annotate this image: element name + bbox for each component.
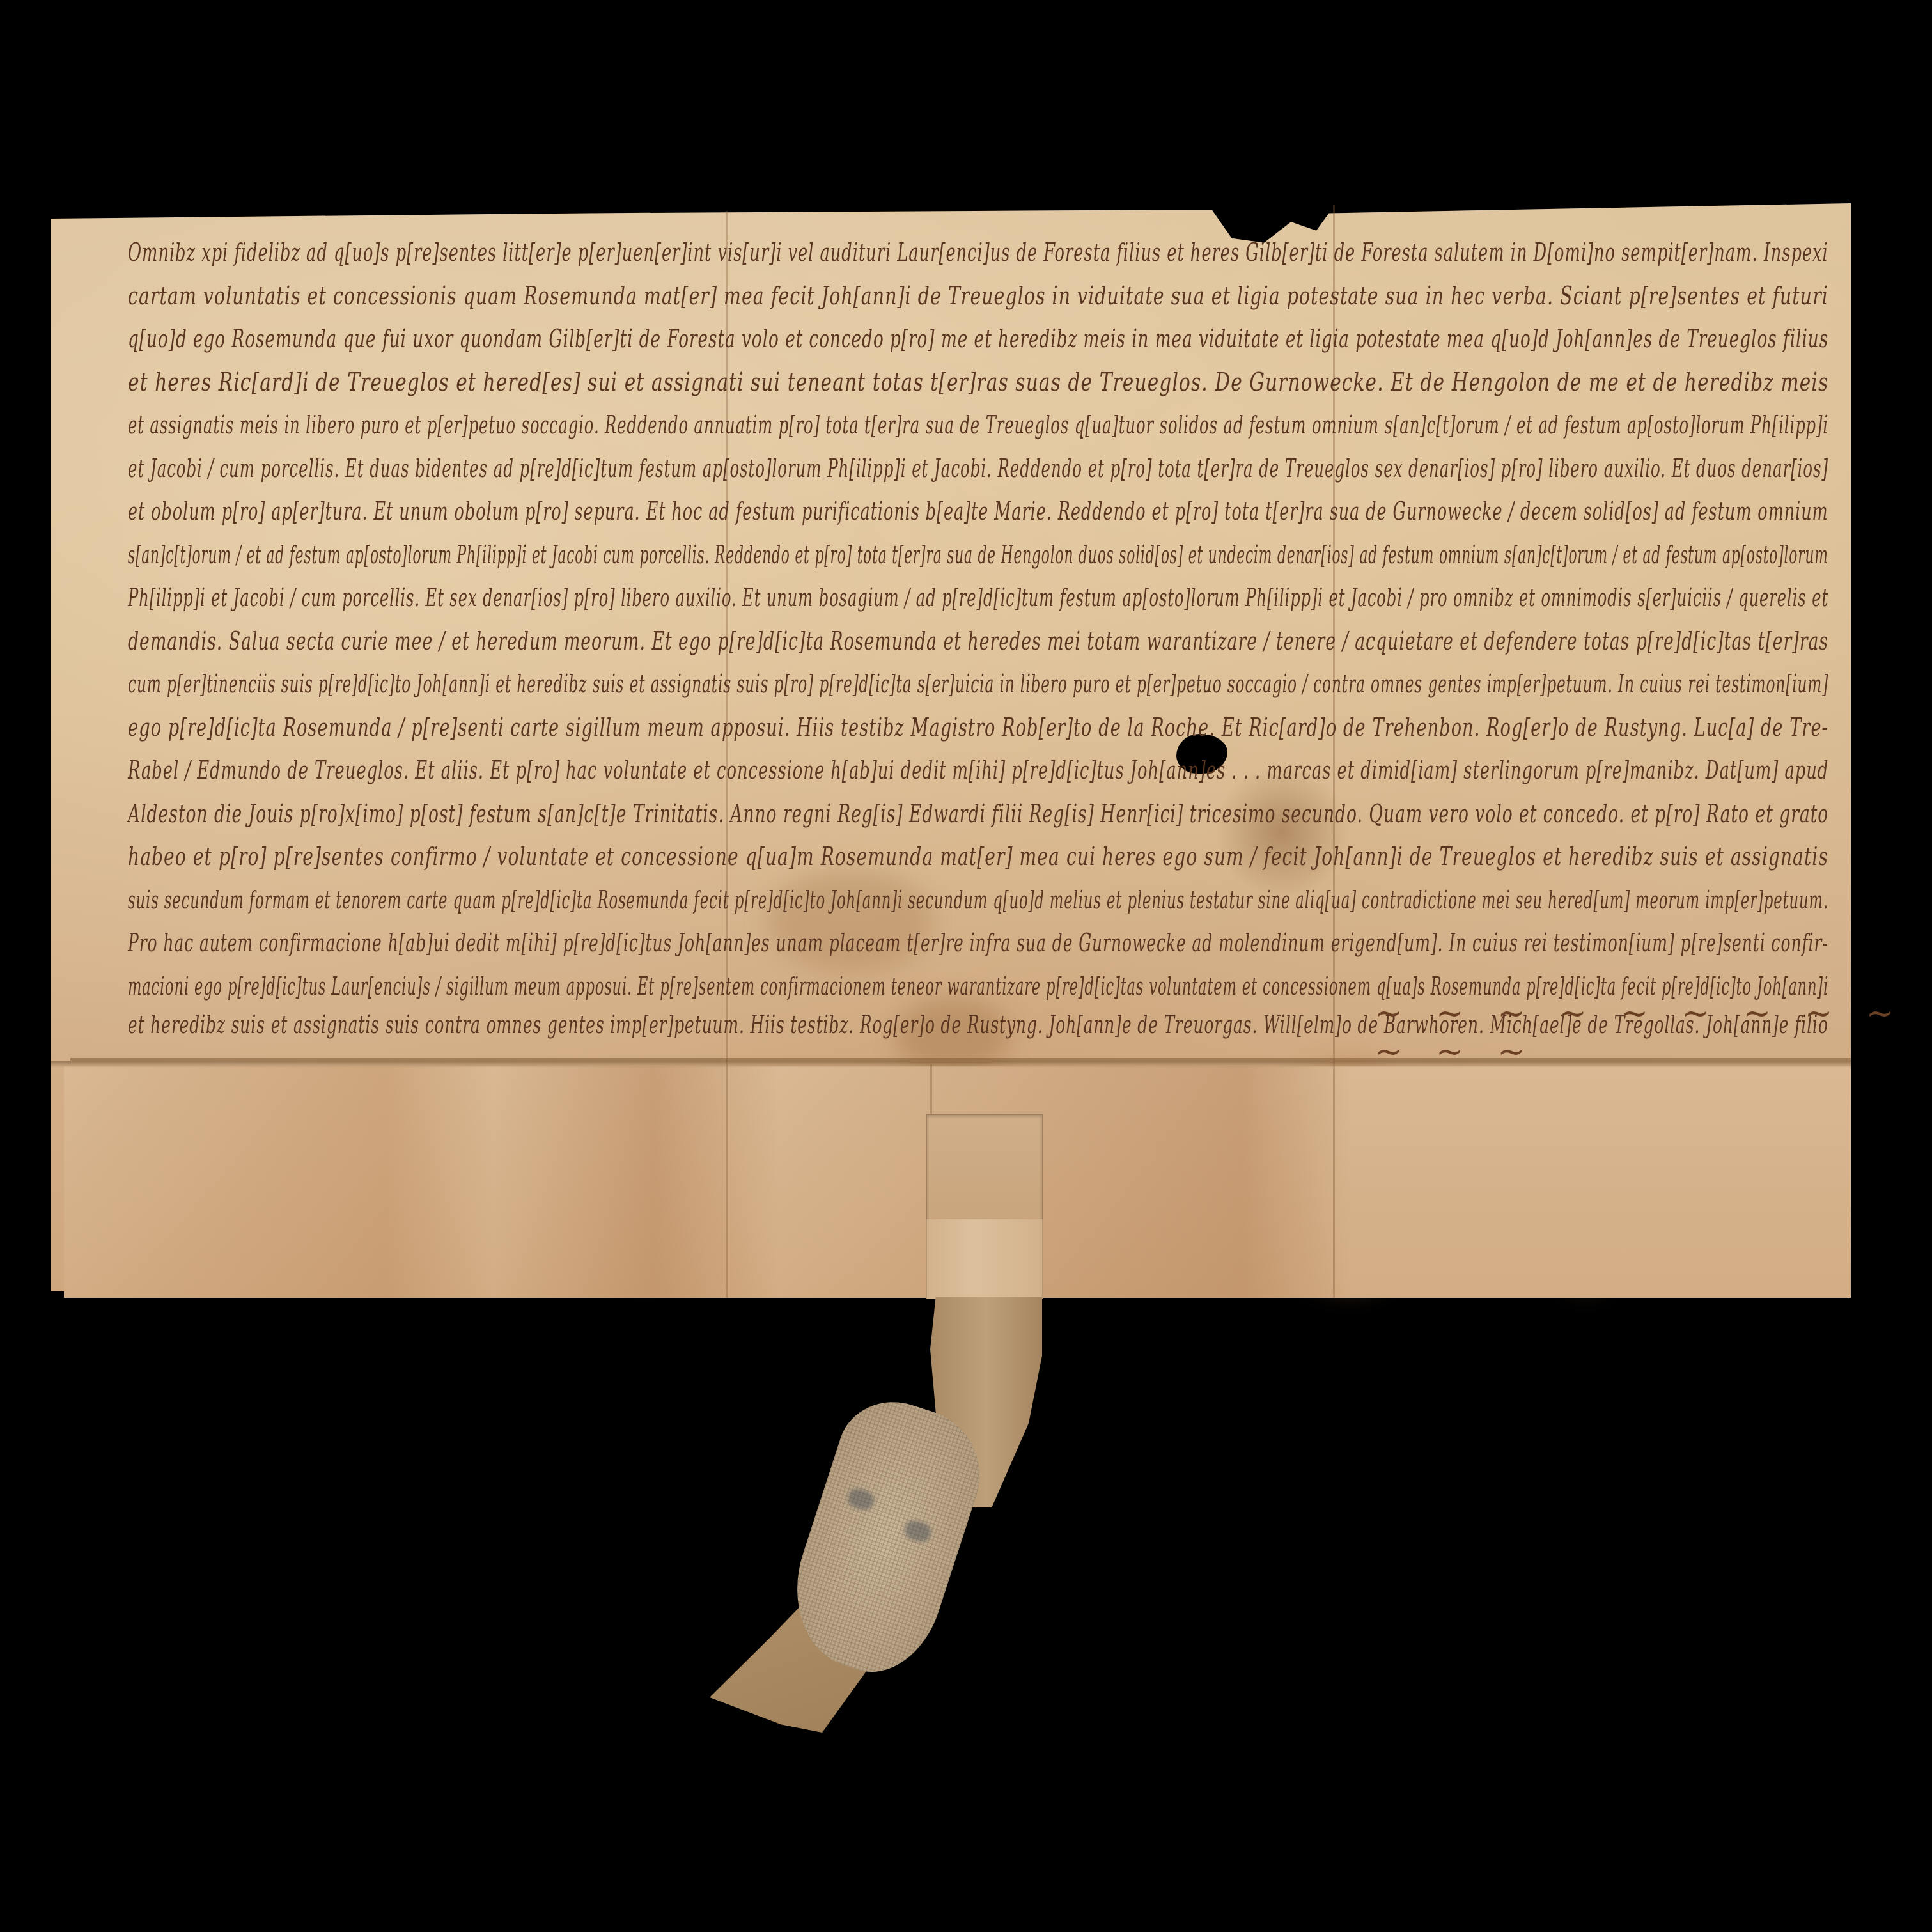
text-line: Omnibz xpi fidelibz ad q[uo]s p[re]sente… — [128, 238, 1828, 267]
charter-image: Omnibz xpi fidelibz ad q[uo]s p[re]sente… — [0, 0, 1932, 1932]
text-line: Rabel / Edmundo de Treueglos. Et aliis. … — [128, 756, 1828, 785]
text-line: s[an]c[t]orum / et ad festum ap[osto]lor… — [128, 540, 1828, 570]
gauze-mark — [846, 1486, 876, 1513]
text-line: et assignatis meis in libero puro et p[e… — [128, 410, 1828, 440]
seal-slot-strip — [926, 1219, 1043, 1299]
text-line: et Jacobi / cum porcellis. Et duas biden… — [128, 454, 1828, 483]
text-line: et heres Ric[ard]i de Treueglos et hered… — [128, 368, 1828, 397]
text-line: et obolum p[ro] ap[er]tura. Et unum obol… — [128, 497, 1828, 526]
text-line: suis secundum formam et tenorem carte qu… — [128, 885, 1828, 915]
seal-slot — [926, 1114, 1043, 1222]
text-line: habeo et p[ro] p[re]sentes confirmo / vo… — [128, 842, 1828, 871]
text-line: Aldeston die Jouis p[ro]x[imo] p[ost] fe… — [128, 799, 1828, 829]
gauze-mark — [903, 1518, 933, 1545]
text-line: Ph[ilipp]i et Jacobi / cum porcellis. Et… — [128, 583, 1828, 612]
closing-flourishes: ~ ~ ~ ~ ~ ~ ~ ~ ~ ~ ~ ~ — [1375, 994, 1932, 1071]
text-line: cum p[er]tinenciis suis p[re]d[ic]to Joh… — [128, 669, 1828, 699]
hole-stain — [1211, 767, 1352, 895]
text-line: cartam voluntatis et concessionis quam R… — [128, 281, 1828, 311]
text-line: Pro hac autem confirmacione h[ab]ui dedi… — [128, 928, 1828, 958]
text-line: q[uo]d ego Rosemunda que fui uxor quonda… — [128, 324, 1828, 354]
text-line: ego p[re]d[ic]ta Rosemunda / p[re]senti … — [128, 713, 1828, 742]
text-line: demandis. Salua secta curie mee / et her… — [128, 627, 1828, 656]
